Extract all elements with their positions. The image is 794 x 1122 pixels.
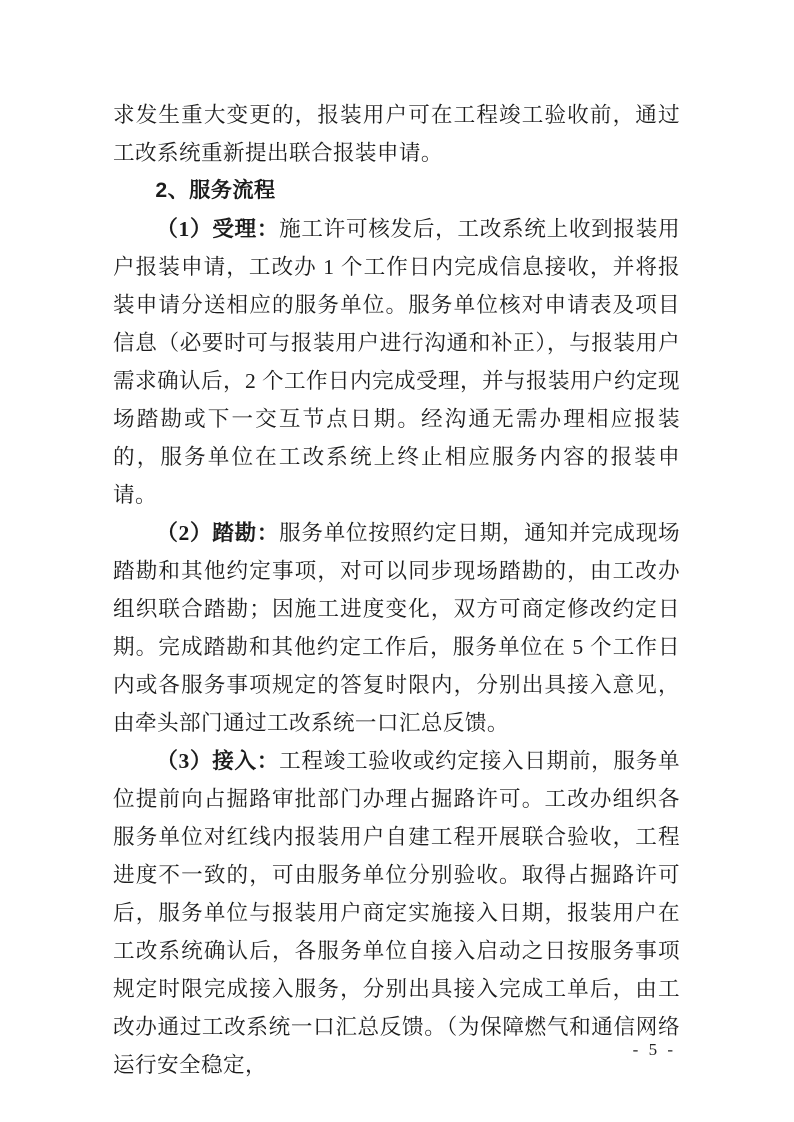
paragraph-lead: （3）接入： [156, 749, 279, 773]
page-number: - 5 - [633, 1040, 676, 1060]
paragraph-text: 服务单位按照约定日期，通知并完成现场踏勘和其他约定事项，对可以同步现场踏勘的，由… [113, 521, 680, 735]
document-body: 求发生重大变更的，报装用户可在工程竣工验收前，通过工改系统重新提出联合报装申请。… [113, 96, 680, 1084]
paragraph: （3）接入：工程竣工验收或约定接入日期前，服务单位提前向占掘路审批部门办理占掘路… [113, 742, 680, 1084]
paragraph-lead: （1）受理： [156, 217, 279, 241]
paragraph-text: 求发生重大变更的，报装用户可在工程竣工验收前，通过工改系统重新提出联合报装申请。 [113, 103, 680, 165]
paragraph: （1）受理：施工许可核发后，工改系统上收到报装用户报装申请，工改办 1 个工作日… [113, 210, 680, 514]
paragraph-text: 工程竣工验收或约定接入日期前，服务单位提前向占掘路审批部门办理占掘路许可。工改办… [113, 749, 680, 1077]
document-page: 求发生重大变更的，报装用户可在工程竣工验收前，通过工改系统重新提出联合报装申请。… [0, 0, 794, 1122]
paragraph: （2）踏勘：服务单位按照约定日期，通知并完成现场踏勘和其他约定事项，对可以同步现… [113, 514, 680, 742]
paragraph-text: 2、服务流程 [155, 179, 275, 202]
section-heading: 2、服务流程 [113, 172, 680, 210]
paragraph-text: 施工许可核发后，工改系统上收到报装用户报装申请，工改办 1 个工作日内完成信息接… [113, 217, 680, 507]
paragraph: 求发生重大变更的，报装用户可在工程竣工验收前，通过工改系统重新提出联合报装申请。 [113, 96, 680, 172]
paragraph-lead: （2）踏勘： [156, 521, 279, 545]
